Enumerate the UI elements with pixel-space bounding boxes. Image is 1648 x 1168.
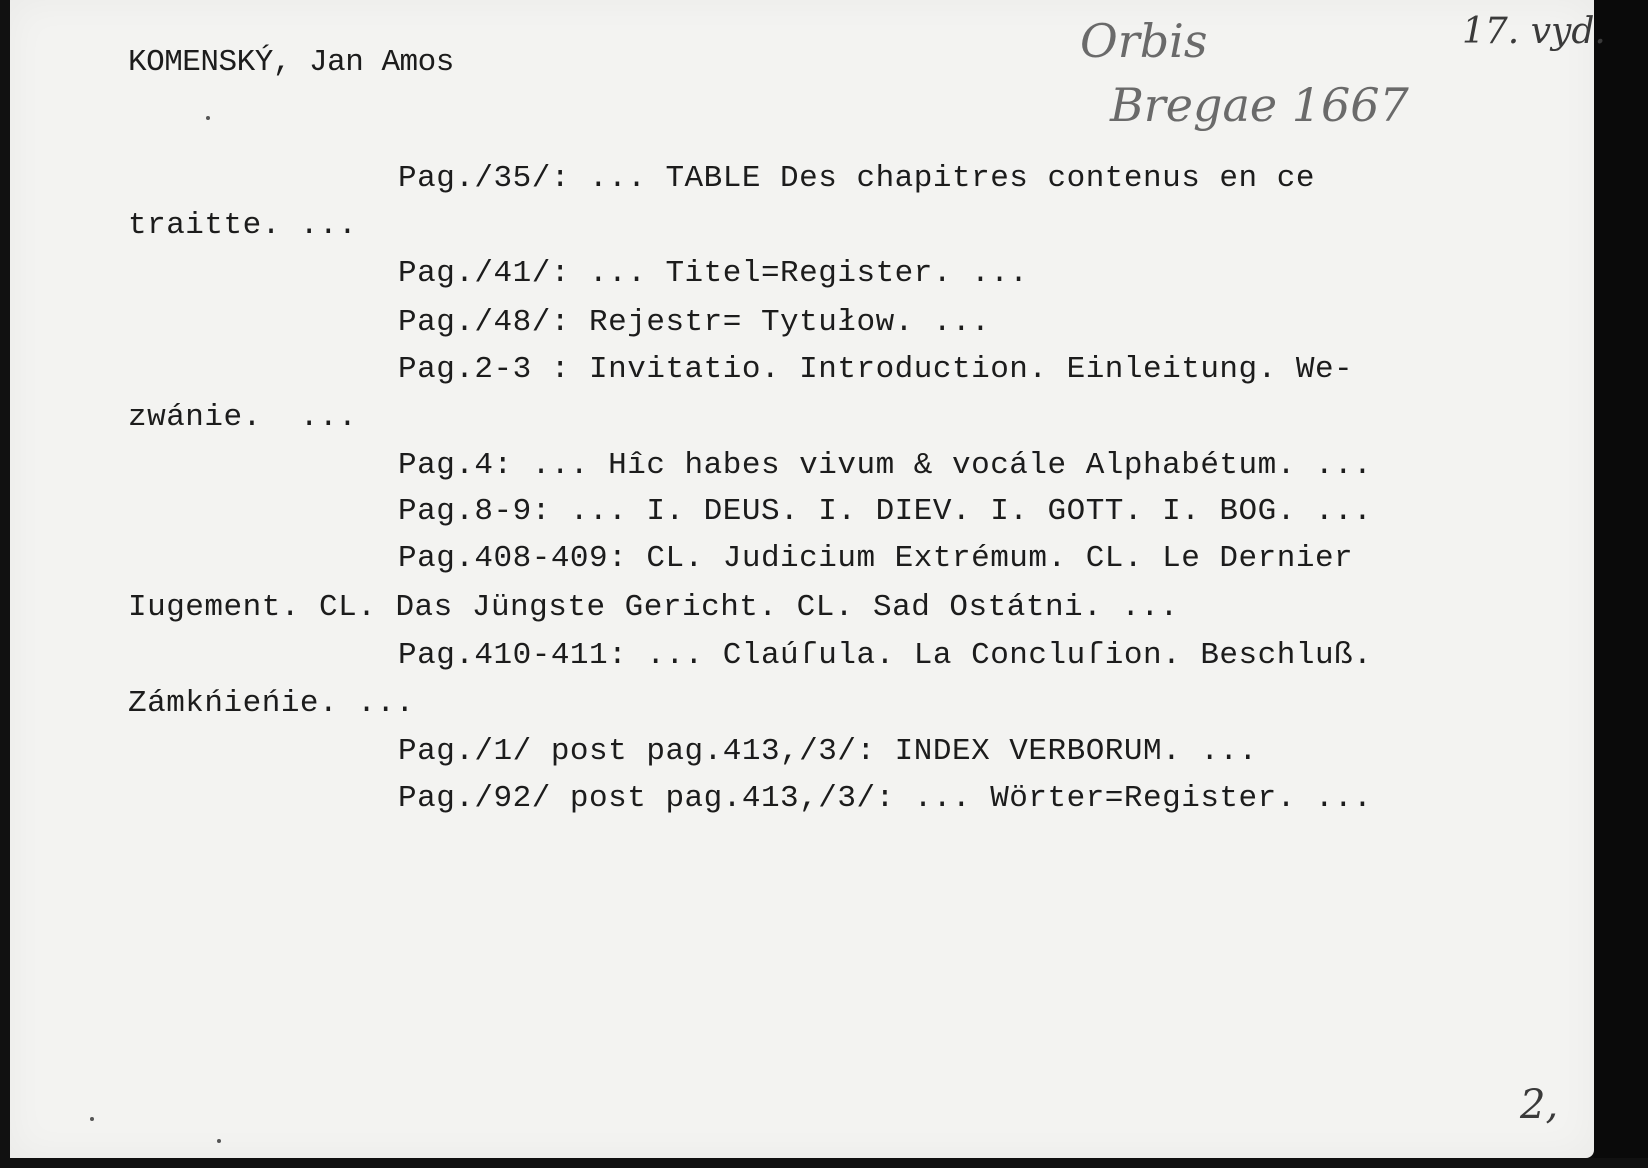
handwritten-title-line2: Bregae 1667 [1110,82,1409,128]
speck [206,116,210,120]
handwritten-edition-note: 17. vyd. [1462,14,1606,50]
catalog-card: KOMENSKÝ, Jan Amos Orbis Bregae 1667 17.… [10,0,1594,1158]
card-entry-line: zwánie. ... [128,402,357,433]
card-entry-line: Pag./48/: Rejestr= Tytułow. ... [398,307,990,338]
card-entry-line: Iugement. CL. Das Jüngste Gericht. CL. S… [128,592,1179,623]
card-entry-line: traitte. ... [128,210,357,241]
card-entry-line: Pag.410-411: ... Claúſula. La Concluſion… [398,640,1372,671]
card-entry-line: Pag./35/: ... TABLE Des chapitres conten… [398,163,1315,194]
card-entry-line: Pag./92/ post pag.413,/3/: ... Wörter=Re… [398,783,1372,814]
card-entry-line: Pag.4: ... Hîc habes vivum & vocále Alph… [398,450,1372,481]
card-entry-line: Pag.8-9: ... I. DEUS. I. DIEV. I. GOTT. … [398,496,1372,527]
card-entry-line: Pag.408-409: CL. Judicium Extrémum. CL. … [398,543,1353,574]
card-entry-line: Pag.2-3 : Invitatio. Introduction. Einle… [398,354,1353,385]
handwritten-title-line1: Orbis [1080,18,1207,64]
speck [217,1139,221,1143]
card-entry-line: Pag./1/ post pag.413,/3/: INDEX VERBORUM… [398,736,1258,767]
scan-border-left [0,0,10,1168]
scan-border-right [1594,0,1648,1168]
speck [90,1117,94,1121]
card-entry-line: Pag./41/: ... Titel=Register. ... [398,258,1028,289]
scan-border-bottom [0,1158,1648,1168]
card-entry-line: Zámkńieńie. ... [128,688,415,719]
handwritten-card-number: 2, [1520,1085,1558,1125]
card-heading: KOMENSKÝ, Jan Amos [128,47,454,78]
